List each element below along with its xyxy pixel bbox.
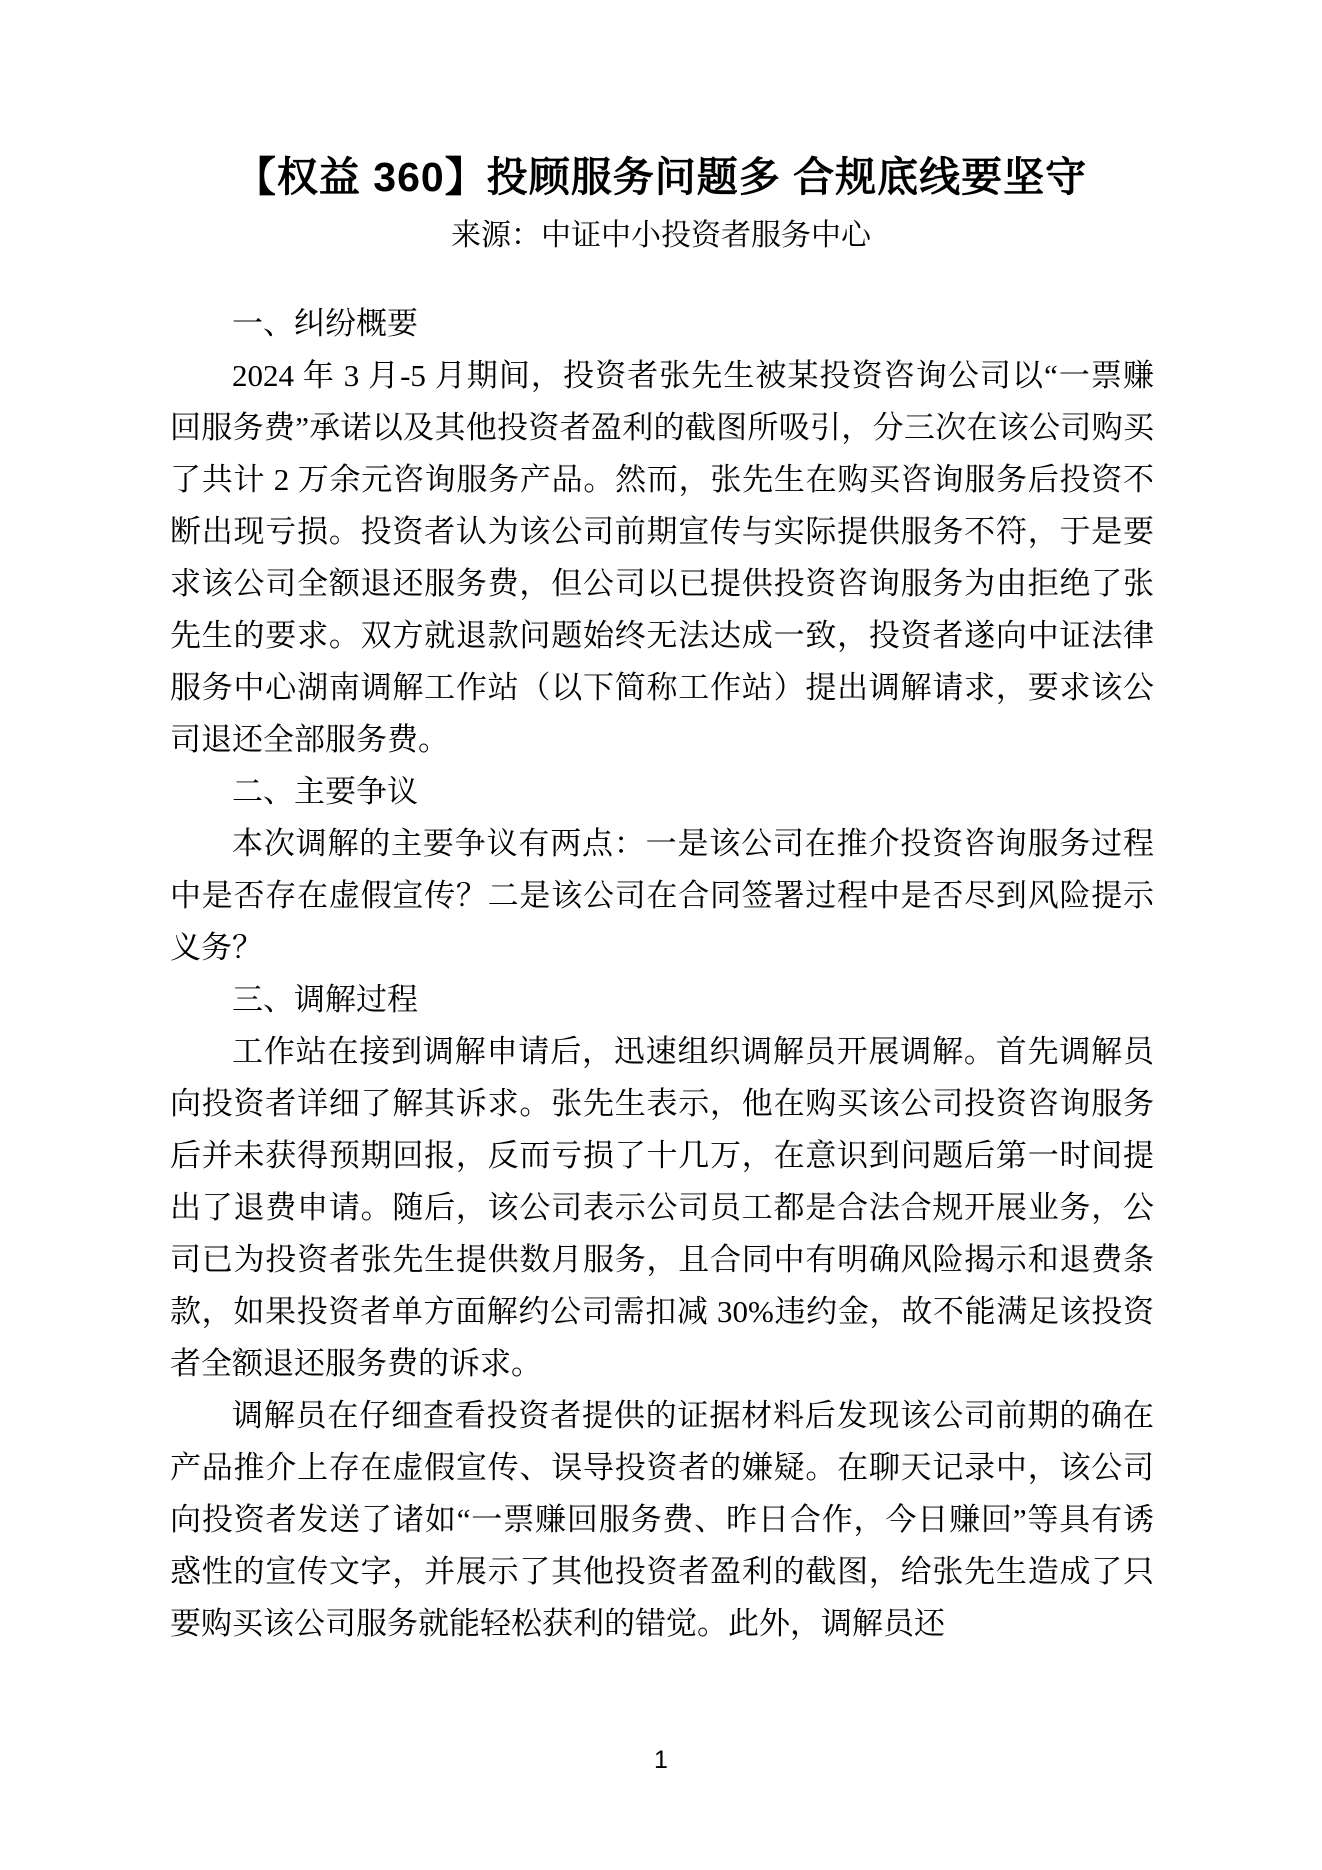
document-title: 【权益 360】投顾服务问题多 合规底线要坚守 (0, 0, 1322, 202)
section-heading: 一、纠纷概要 (170, 298, 1154, 350)
page-number: 1 (0, 1746, 1322, 1775)
paragraph: 工作站在接到调解申请后，迅速组织调解员开展调解。首先调解员向投资者详细了解其诉求… (170, 1026, 1154, 1390)
paragraph: 本次调解的主要争议有两点：一是该公司在推介投资咨询服务过程中是否存在虚假宣传？二… (170, 818, 1154, 974)
section-heading: 二、主要争议 (170, 766, 1154, 818)
document-body: 一、纠纷概要2024 年 3 月-5 月期间，投资者张先生被某投资咨询公司以“一… (170, 298, 1154, 1650)
document-page: { "page": { "title": "【权益 360】投顾服务问题多 合规… (0, 0, 1322, 1870)
paragraph: 2024 年 3 月-5 月期间，投资者张先生被某投资咨询公司以“一票赚回服务费… (170, 350, 1154, 766)
document-source: 来源：中证中小投资者服务中心 (0, 216, 1322, 256)
section-heading: 三、调解过程 (170, 974, 1154, 1026)
paragraph: 调解员在仔细查看投资者提供的证据材料后发现该公司前期的确在产品推介上存在虚假宣传… (170, 1390, 1154, 1650)
